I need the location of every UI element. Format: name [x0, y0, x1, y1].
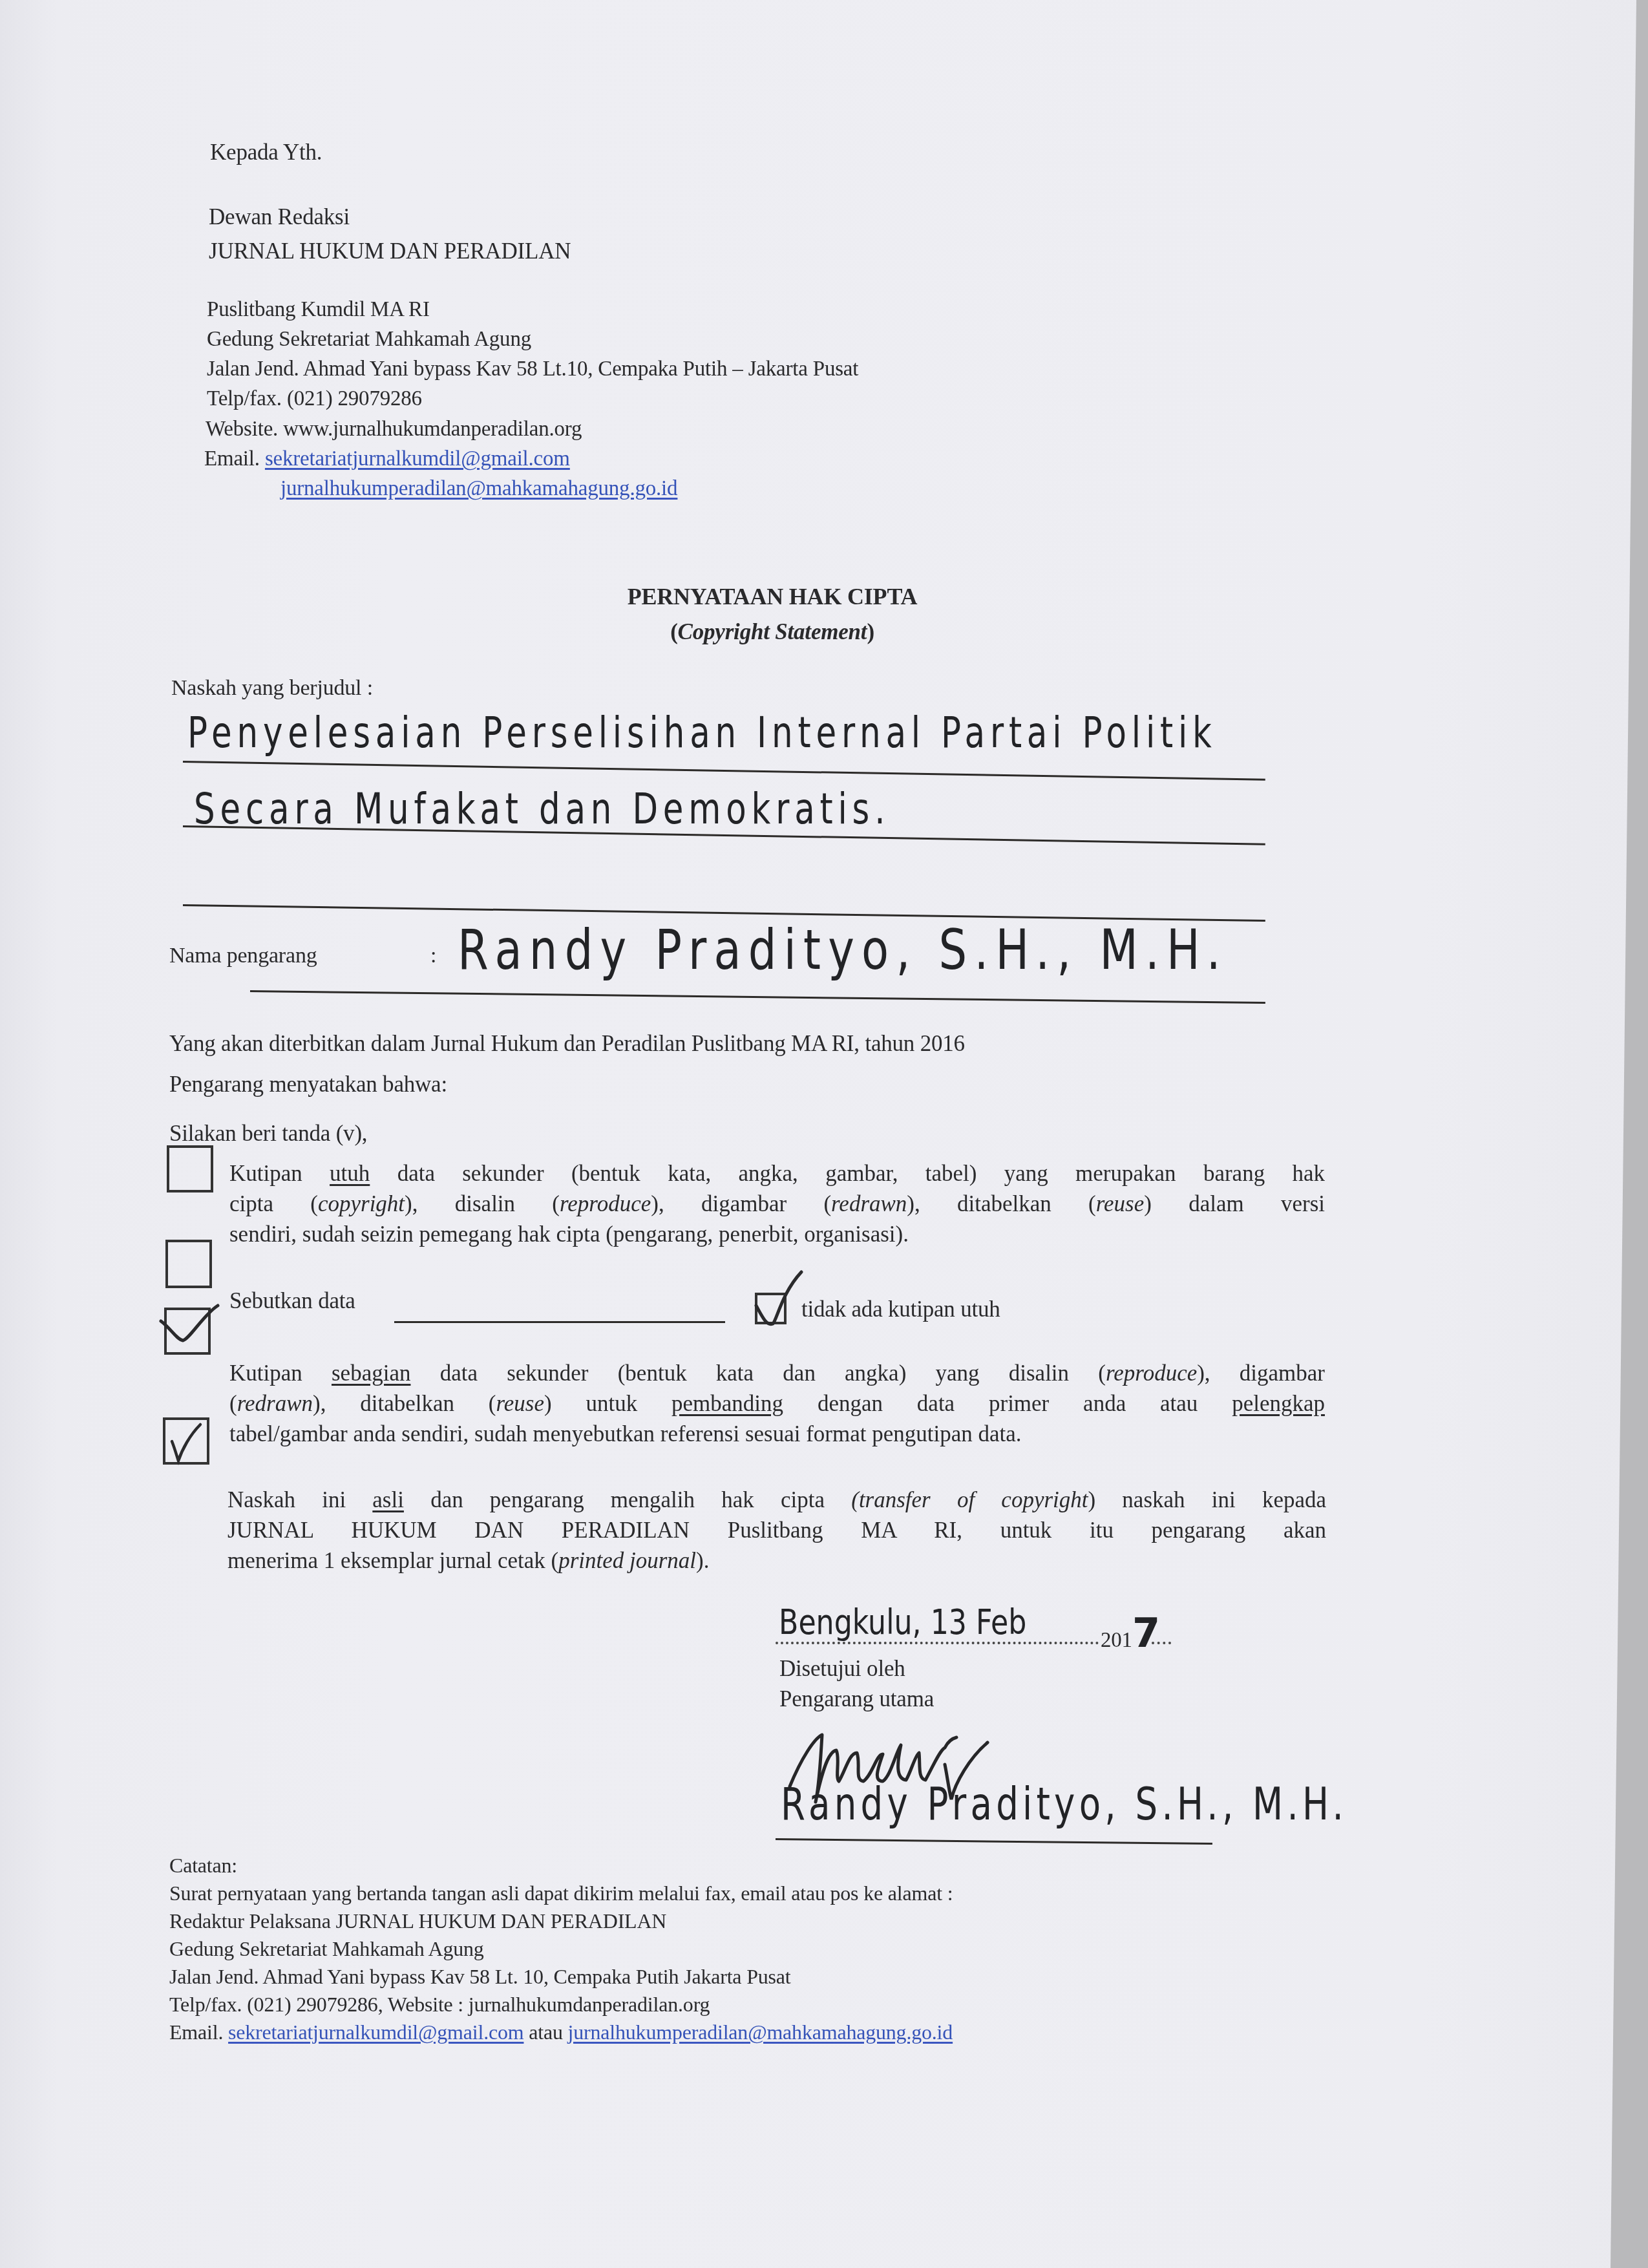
notes-email-row: Email. sekretariatjurnalkumdil@gmail.com… [169, 2022, 953, 2042]
checkmark-icon [158, 1299, 229, 1373]
email-link-1[interactable]: sekretariatjurnalkumdil@gmail.com [265, 447, 570, 471]
notes-email-label: Email. [169, 2020, 223, 2044]
checkbox-full-quote[interactable] [167, 1145, 213, 1192]
notes-email-link-1[interactable]: sekretariatjurnalkumdil@gmail.com [228, 2020, 523, 2044]
board-name: Dewan Redaksi [209, 206, 350, 228]
subtitle-italic: Copyright Statement [678, 619, 867, 644]
specify-data-label: Sebutkan data [229, 1289, 355, 1312]
option-full-quote-text: Kutipan utuh data sekunder (bentuk kata,… [229, 1158, 1325, 1249]
option-line: tabel/gambar anda sendiri, sudah menyebu… [229, 1419, 1325, 1449]
option-line: Kutipan sebagian data sekunder (bentuk k… [229, 1358, 1325, 1388]
salutation: Kepada Yth. [210, 141, 322, 164]
author-name[interactable]: Randy Pradityo, S.H., M.H. [458, 918, 1228, 982]
signer-name: Randy Pradityo, S.H., M.H. [781, 1777, 1347, 1830]
notes-line-1: Surat pernyataan yang bertanda tangan as… [169, 1883, 953, 1903]
document-subtitle: (Copyright Statement) [0, 620, 1545, 643]
option-line: sendiri, sudah seizin pemegang hak cipta… [229, 1219, 1325, 1249]
notes-heading: Catatan: [169, 1855, 237, 1876]
email-link-2[interactable]: jurnalhukumperadilan@mahkamahagung.go.id [280, 477, 677, 500]
option-line: JURNAL HUKUM DAN PERADILAN Puslitbang MA… [227, 1515, 1326, 1545]
manuscript-title-line2[interactable]: Secara Mufakat dan Demokratis. [194, 784, 890, 834]
year-handwritten[interactable]: 7 [1132, 1609, 1160, 1657]
email-row: Email. sekretariatjurnalkumdil@gmail.com [204, 449, 570, 470]
document-title: PERNYATAAN HAK CIPTA [0, 585, 1545, 608]
journal-name: JURNAL HUKUM DAN PERADILAN [209, 240, 571, 262]
building: Gedung Sekretariat Mahkamah Agung [207, 329, 531, 350]
email-label: Email. [204, 447, 260, 471]
website: Website. www.jurnalhukumdanperadilan.org [206, 419, 582, 440]
date-dotted-tail [1152, 1642, 1171, 1644]
instruction: Silakan beri tanda (v), [169, 1122, 367, 1145]
phone: Telp/fax. (021) 29079286 [207, 388, 422, 410]
option-line: (redrawn), ditabelkan (reuse) untuk pemb… [229, 1388, 1325, 1419]
notes-line-5: Telp/fax. (021) 29079286, Website : jurn… [169, 1994, 710, 2015]
place-date[interactable]: Bengkulu, 13 Feb [779, 1602, 1026, 1642]
checkbox-specify-data[interactable] [165, 1240, 212, 1288]
option-line: Kutipan utuh data sekunder (bentuk kata,… [229, 1158, 1325, 1189]
option-original-transfer-text: Naskah ini asli dan pengarang mengalih h… [227, 1485, 1326, 1576]
notes-line-2: Redaktur Pelaksana JURNAL HUKUM DAN PERA… [169, 1911, 666, 1931]
notes-email-link-2[interactable]: jurnalhukumperadilan@mahkamahagung.go.id [568, 2020, 953, 2044]
publish-statement: Yang akan diterbitkan dalam Jurnal Hukum… [169, 1032, 965, 1055]
option-line: Naskah ini asli dan pengarang mengalih h… [227, 1485, 1326, 1515]
email-row-2: jurnalhukumperadilan@mahkamahagung.go.id [280, 478, 677, 500]
date-dotted-line [776, 1642, 1099, 1644]
institution: Puslitbang Kumdil MA RI [207, 299, 430, 321]
notes-line-3: Gedung Sekretariat Mahkamah Agung [169, 1938, 484, 1959]
author-colon: : [430, 945, 436, 967]
author-declares: Pengarang menyatakan bahwa: [169, 1073, 447, 1096]
specify-data-input[interactable] [397, 1295, 724, 1321]
option-partial-quote-text: Kutipan sebagian data sekunder (bentuk k… [229, 1358, 1325, 1449]
option-line: menerima 1 eksemplar jurnal cetak (print… [227, 1545, 1326, 1576]
no-full-quote-label: tidak ada kutipan utuh [801, 1298, 1000, 1320]
checkmark-icon [169, 1421, 208, 1469]
option-line: cipta (copyright), disalin (reproduce), … [229, 1189, 1325, 1219]
author-role: Pengarang utama [779, 1688, 934, 1710]
manuscript-label: Naskah yang berjudul : [171, 677, 373, 699]
manuscript-title-line1[interactable]: Penyelesaian Perselisihan Internal Parta… [187, 708, 1217, 758]
notes-email-sep: atau [529, 2020, 563, 2044]
specify-data-field-line [394, 1321, 725, 1323]
year-printed: 201 [1101, 1630, 1132, 1651]
address: Jalan Jend. Ahmad Yani bypass Kav 58 Lt.… [207, 359, 858, 380]
notes-line-4: Jalan Jend. Ahmad Yani bypass Kav 58 Lt.… [169, 1966, 791, 1987]
approved-by: Disetujui oleh [779, 1657, 905, 1680]
author-label: Nama pengarang [169, 945, 317, 967]
